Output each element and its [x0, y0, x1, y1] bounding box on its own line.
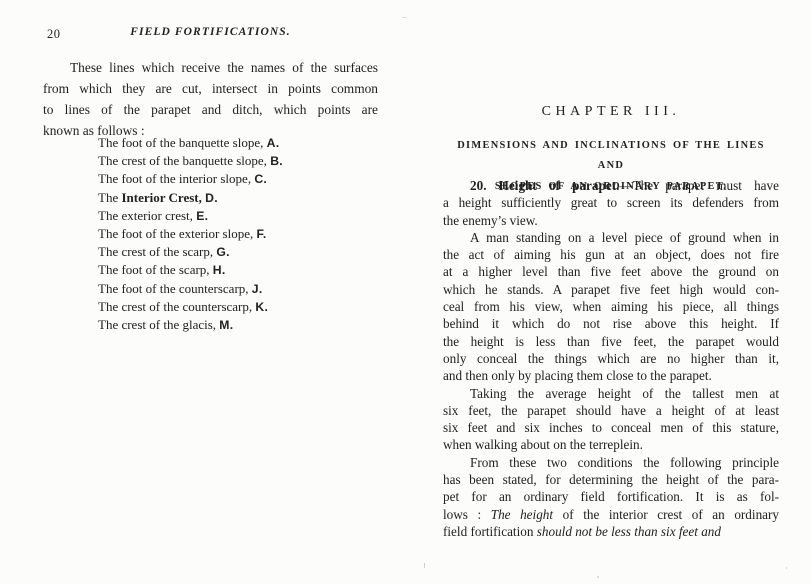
- text-line: DIMENSIONS AND INCLINATIONS OF THE LINES…: [443, 136, 779, 177]
- intro-paragraph: These lines which receive the names of t…: [43, 57, 378, 141]
- text-line: behind it which do not rise above this h…: [443, 315, 779, 332]
- text-line: the height is less than five feet, the p…: [443, 333, 779, 350]
- text-line: to lines of the parapet and ditch, which…: [43, 99, 378, 120]
- paragraph-man-standing: A man standing on a level piece of groun…: [443, 229, 779, 385]
- text-line: six feet, the parapet should have a heig…: [443, 402, 779, 419]
- text-line: from which they are cut, intersect in po…: [43, 78, 378, 99]
- text-line: The foot of the interior slope, C.: [98, 170, 378, 188]
- text-line: six feet and six inches to conceal men o…: [443, 419, 779, 436]
- chapter-heading: CHAPTER III.: [443, 104, 779, 120]
- book-spread-scan: 20 FIELD FORTIFICATIONS. These lines whi…: [0, 0, 810, 584]
- text-line: The crest of the counterscarp, K.: [98, 298, 378, 316]
- text-line: the act of aiming his gun at an object, …: [443, 246, 779, 263]
- text-line: The crest of the glacis, M.: [98, 316, 378, 334]
- running-head: FIELD FORTIFICATIONS.: [43, 26, 378, 38]
- text-line: the enemy’s view.: [443, 212, 779, 229]
- text-line: The foot of the banquette slope, A.: [98, 134, 378, 152]
- text-line: The foot of the scarp, H.: [98, 261, 378, 279]
- text-line: The Interior Crest, D.: [98, 189, 378, 207]
- text-line: Taking the average height of the tallest…: [443, 385, 779, 402]
- right-page-body: 20. Height of parapet.—The parapet must …: [443, 177, 779, 540]
- points-of-parapet-list: The foot of the banquette slope, A.The c…: [43, 134, 378, 334]
- paragraph-tallest-men: Taking the average height of the tallest…: [443, 385, 779, 454]
- text-line: field fortification should not be less t…: [443, 523, 779, 540]
- left-page-header: 20 FIELD FORTIFICATIONS.: [43, 26, 378, 42]
- text-line: pet for an ordinary field fortification.…: [443, 488, 779, 505]
- text-line: a height sufficiently great to screen it…: [443, 194, 779, 211]
- text-line: which he stands. A parapet five feet hig…: [443, 281, 779, 298]
- text-line: These lines which receive the names of t…: [43, 57, 378, 78]
- scan-speck: [402, 17, 407, 18]
- text-line: The crest of the banquette slope, B.: [98, 152, 378, 170]
- text-line: only conceal the things which are no hig…: [443, 350, 779, 367]
- scan-speck: [424, 563, 425, 568]
- text-line: and then only by placing them close to t…: [443, 367, 779, 384]
- text-line: 20. Height of parapet.—The parapet must …: [443, 177, 779, 194]
- text-line: From these two conditions the following …: [443, 454, 779, 471]
- scan-speck: [786, 567, 787, 569]
- paragraph-principle: From these two conditions the following …: [443, 454, 779, 540]
- text-line: The crest of the scarp, G.: [98, 243, 378, 261]
- text-line: ceal from his view, when aiming his piec…: [443, 298, 779, 315]
- page-number: 20: [47, 27, 61, 42]
- paragraph-height-of-parapet: 20. Height of parapet.—The parapet must …: [443, 177, 779, 229]
- text-line: has been stated, for determining the hei…: [443, 471, 779, 488]
- scan-speck: [597, 576, 599, 578]
- text-line: The exterior crest, E.: [98, 207, 378, 225]
- text-line: when walking about on the terreplein.: [443, 436, 779, 453]
- text-line: The foot of the exterior slope, F.: [98, 225, 378, 243]
- text-line: The foot of the counterscarp, J.: [98, 280, 378, 298]
- text-line: at a higher level than five feet above t…: [443, 263, 779, 280]
- text-line: lows : The height of the interior crest …: [443, 506, 779, 523]
- text-line: A man standing on a level piece of groun…: [443, 229, 779, 246]
